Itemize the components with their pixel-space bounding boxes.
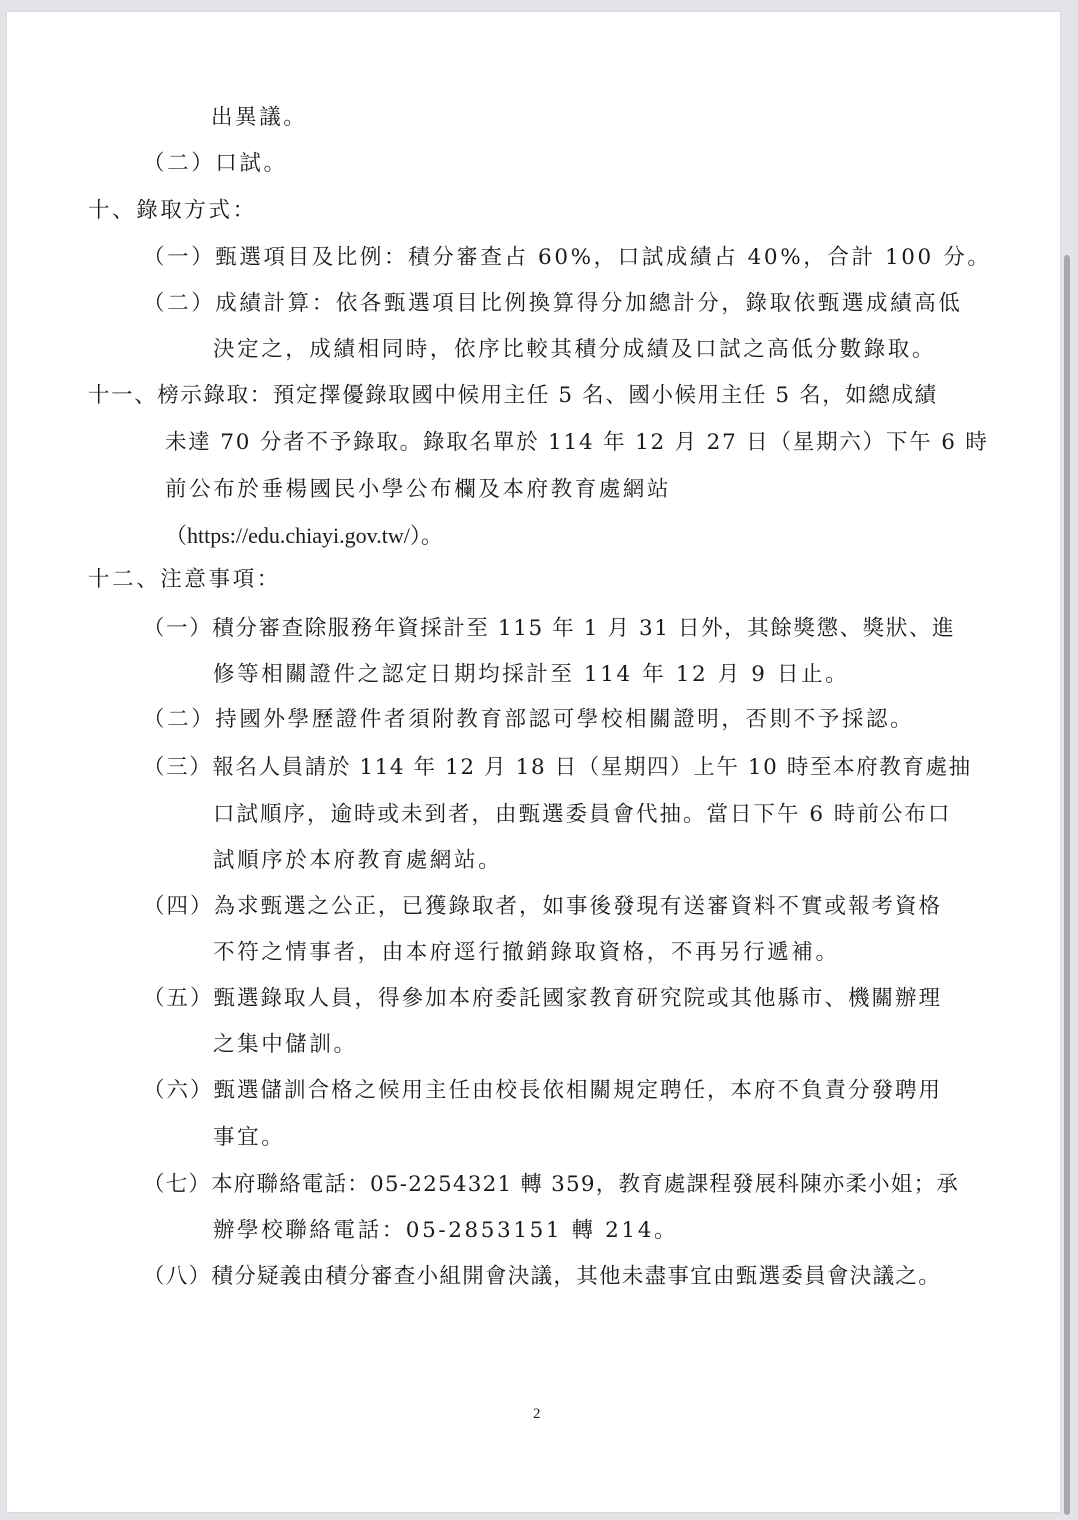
text-line: 之集中儲訓。 bbox=[213, 1031, 358, 1059]
text-line: （二）口試。 bbox=[143, 150, 288, 178]
text-line: （二）持國外學歷證件者須附教育部認可學校相關證明，否則不予採認。 bbox=[143, 706, 914, 734]
section-heading: 十、錄取方式： bbox=[88, 197, 257, 225]
section-heading: 十一、榜示錄取：預定擇優錄取國中候用主任 5 名、國小候用主任 5 名，如總成績 bbox=[88, 382, 938, 410]
text-line: 出異議。 bbox=[211, 104, 307, 132]
text-line: 辦學校聯絡電話：05-2853151 轉 214。 bbox=[213, 1217, 678, 1245]
text-line: （二）成績計算：依各甄選項目比例換算得分加總計分，錄取依甄選成績高低 bbox=[143, 290, 962, 318]
text-line: （一）甄選項目及比例：積分審查占 60%，口試成績占 40%，合計 100 分。 bbox=[143, 244, 991, 272]
text-line: 試順序於本府教育處網站。 bbox=[213, 847, 502, 875]
text-line: （五）甄選錄取人員，得參加本府委託國家教育研究院或其他縣市、機關辦理 bbox=[143, 985, 942, 1013]
text-line: （六）甄選儲訓合格之候用主任由校長依相關規定聘任，本府不負責分發聘用 bbox=[143, 1077, 942, 1105]
scrollbar-thumb[interactable] bbox=[1064, 255, 1070, 1515]
text-line: （三）報名人員請於 114 年 12 月 18 日（星期四）上午 10 時至本府… bbox=[143, 754, 972, 782]
text-line: 未達 70 分者不予錄取。錄取名單於 114 年 12 月 27 日（星期六）下… bbox=[165, 429, 989, 457]
text-line: 事宜。 bbox=[213, 1124, 285, 1152]
section-heading: 十二、注意事項： bbox=[88, 566, 281, 594]
text-line: 口試順序，逾時或未到者，由甄選委員會代抽。當日下午 6 時前公布口 bbox=[213, 801, 951, 829]
text-line: （七）本府聯絡電話：05-2254321 轉 359，教育處課程發展科陳亦柔小姐… bbox=[143, 1171, 959, 1199]
page-number: 2 bbox=[533, 1406, 541, 1423]
text-line: 前公布於垂楊國民小學公布欄及本府教育處網站 bbox=[165, 476, 671, 504]
text-line: 修等相關證件之認定日期均採計至 114 年 12 月 9 日止。 bbox=[213, 661, 849, 689]
text-line: （四）為求甄選之公正，已獲錄取者，如事後發現有送審資料不實或報考資格 bbox=[143, 893, 942, 921]
vertical-scrollbar[interactable] bbox=[1063, 12, 1072, 1512]
text-line: 決定之，成績相同時，依序比較其積分成績及口試之高低分數錄取。 bbox=[213, 336, 936, 364]
text-line: 不符之情事者，由本府逕行撤銷錄取資格，不再另行遞補。 bbox=[213, 939, 840, 967]
text-line: （八）積分疑義由積分審查小組開會決議，其他未盡事宜由甄選委員會決議之。 bbox=[143, 1263, 941, 1291]
document-page: 出異議。 （二）口試。 十、錄取方式： （一）甄選項目及比例：積分審查占 60%… bbox=[7, 12, 1060, 1512]
text-line: （一）積分審查除服務年資採計至 115 年 1 月 31 日外，其餘獎懲、獎狀、… bbox=[143, 615, 955, 643]
website-link[interactable]: （https://edu.chiayi.gov.tw/）。 bbox=[165, 522, 443, 550]
